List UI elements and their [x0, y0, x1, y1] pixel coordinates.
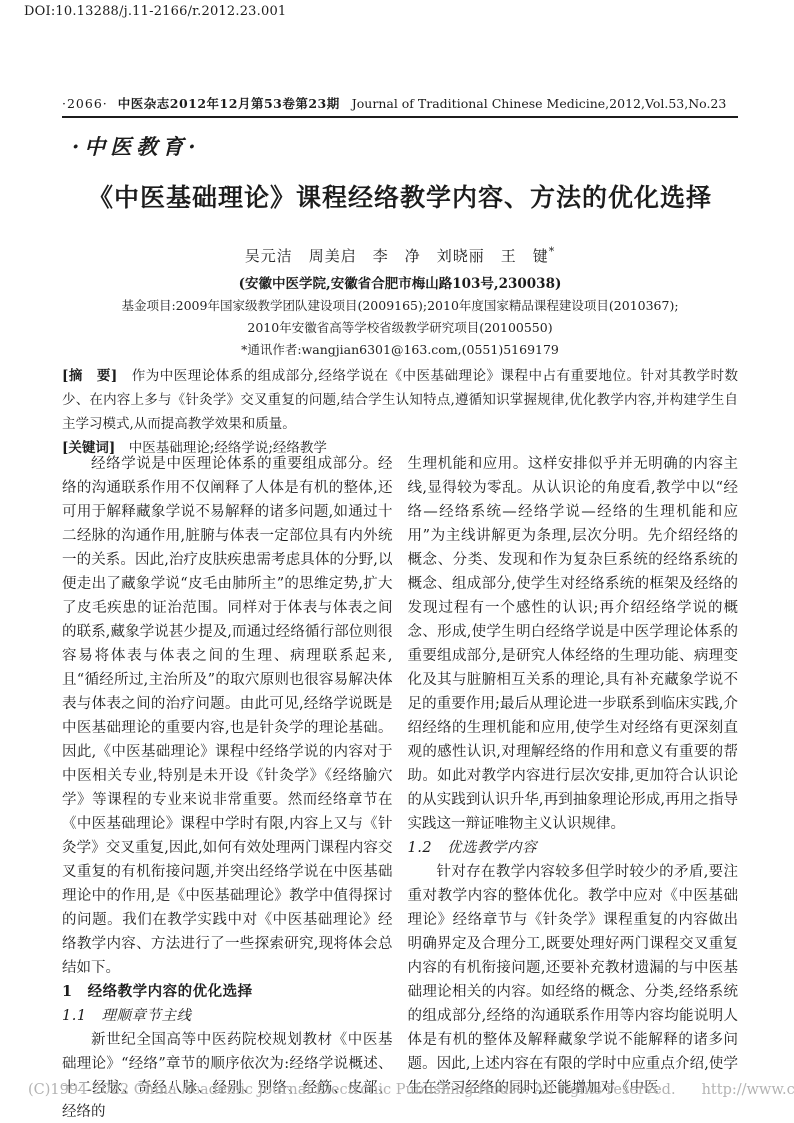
correspondence-line: *通讯作者:wangjian6301@163.com,(0551)5169179 [62, 340, 738, 358]
abstract-label: [摘 要] [62, 368, 117, 384]
article-title: 《中医基础理论》课程经络教学内容、方法的优化选择 [62, 178, 738, 214]
intro-paragraph: 经络学说是中医理论体系的重要组成部分。经络的沟通联系作用不仅阐释了人体是有机的整… [62, 452, 393, 980]
left-column: 经络学说是中医理论体系的重要组成部分。经络的沟通联系作用不仅阐释了人体是有机的整… [62, 452, 393, 1123]
section-1-1-paragraph-continued: 生理机能和应用。这样安排似乎并无明确的内容主线,显得较为零乱。从认识论的角度看,… [408, 452, 739, 836]
authors-line: 吴元洁 周美启 李 净 刘晓丽 王 键* [62, 245, 738, 266]
section-1-1-paragraph: 新世纪全国高等中医药院校规划教材《中医基础理论》“经络”章节的顺序依次为:经络学… [62, 1028, 393, 1123]
journal-page: { "doi": "DOI:10.13288/j.11-2166/r.2012.… [0, 0, 794, 1123]
author-names: 吴元洁 周美启 李 净 刘晓丽 王 键 [245, 247, 549, 265]
abstract-paragraph: [摘 要] 作为中医理论体系的组成部分,经络学说在《中医基础理论》课程中占有重要… [62, 364, 738, 436]
abstract-block: [摘 要] 作为中医理论体系的组成部分,经络学说在《中医基础理论》课程中占有重要… [62, 364, 738, 460]
page-number: ·2066· [62, 96, 108, 111]
body-two-columns: 经络学说是中医理论体系的重要组成部分。经络的沟通联系作用不仅阐释了人体是有机的整… [62, 452, 738, 1123]
page-header: ·2066· 中医杂志2012年12月第53卷第23期 Journal of T… [62, 94, 738, 112]
section-heading-1-1: 1.1 理顺章节主线 [62, 1004, 393, 1028]
journal-name-english: Journal of Traditional Chinese Medicine,… [352, 96, 727, 111]
header-divider [62, 116, 738, 118]
funding-line-1: 基金项目:2009年国家级教学团队建设项目(2009165);2010年度国家精… [62, 296, 738, 314]
page-footer: (C)1994-2022 China Academic Journal Elec… [28, 1082, 774, 1098]
corresponding-author-mark: * [549, 245, 556, 258]
abstract-text: 作为中医理论体系的组成部分,经络学说在《中医基础理论》课程中占有重要地位。针对其… [62, 368, 738, 432]
cnki-url: http://www.cnki.net [702, 1082, 794, 1098]
copyright-notice: (C)1994-2022 China Academic Journal Elec… [28, 1082, 676, 1098]
funding-line-2: 2010年安徽省高等学校省级教学研究项目(20100550) [62, 318, 738, 336]
journal-name-chinese: 中医杂志2012年12月第53卷第23期 [118, 94, 340, 112]
doi-label: DOI:10.13288/j.11-2166/r.2012.23.001 [24, 4, 286, 19]
section-heading-1-2: 1.2 优选教学内容 [408, 836, 739, 860]
column-label: ·中医教育· [72, 131, 201, 161]
right-column: 生理机能和应用。这样安排似乎并无明确的内容主线,显得较为零乱。从认识论的角度看,… [408, 452, 739, 1123]
section-heading-1: 1 经络教学内容的优化选择 [62, 980, 393, 1004]
affiliation-line: (安徽中医学院,安徽省合肥市梅山路103号,230038) [62, 272, 738, 292]
section-1-2-paragraph: 针对存在教学内容较多但学时较少的矛盾,要注重对教学内容的整体优化。教学中应对《中… [408, 860, 739, 1100]
